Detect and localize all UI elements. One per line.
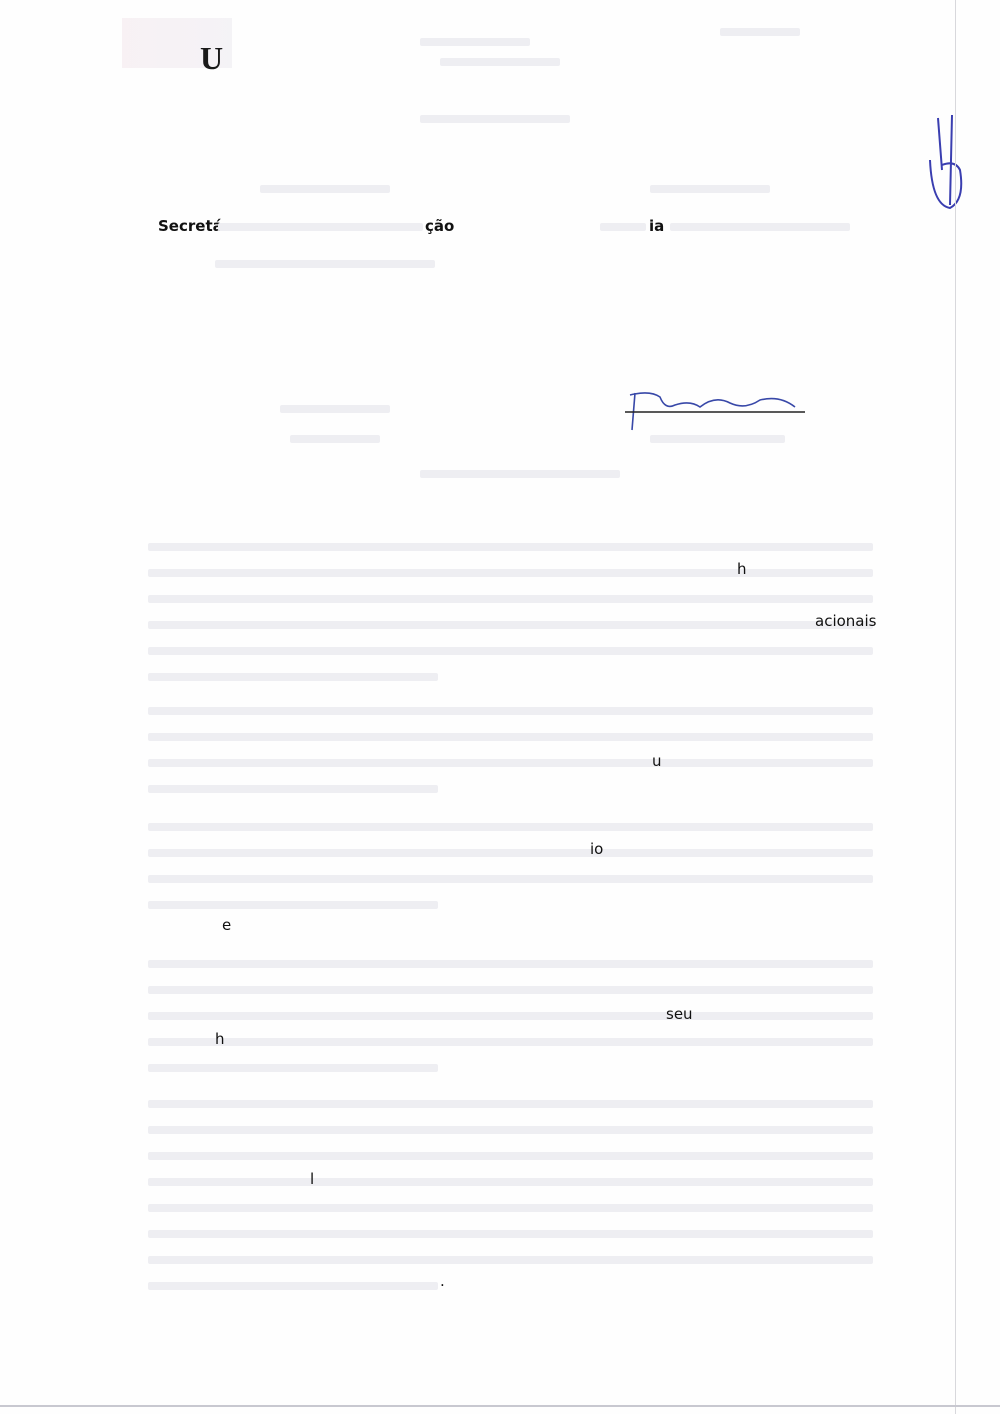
faded-text [600, 223, 646, 231]
fragment-l: l [310, 1170, 314, 1188]
page-edge [955, 0, 956, 1414]
signature-image [620, 385, 820, 445]
faded-text [280, 405, 390, 413]
fragment-u: u [652, 752, 662, 770]
faded-text [148, 1256, 873, 1264]
fragment-h2: h [215, 1030, 225, 1048]
fragment-io: io [590, 840, 603, 858]
fragment-e: e [222, 916, 231, 934]
initials-mark [920, 110, 970, 210]
faded-text [215, 260, 435, 268]
faded-text [420, 38, 530, 46]
fragment-acionais: acionais [815, 612, 876, 630]
faded-text [148, 1282, 438, 1290]
faded-text [148, 733, 873, 741]
faded-text [260, 185, 390, 193]
faded-text [148, 1204, 873, 1212]
fragment-ia: ia [649, 217, 664, 235]
faded-text [148, 673, 438, 681]
fragment-seu: seu [666, 1005, 693, 1023]
faded-text [148, 1012, 873, 1020]
document-page: U Secretá ção ia h acionais u io e seu h… [0, 0, 1000, 1414]
faded-text [148, 785, 438, 793]
faded-text [148, 569, 873, 577]
fragment-period: . [440, 1272, 445, 1290]
faded-text [720, 28, 800, 36]
faded-text [218, 223, 423, 231]
faded-text [670, 223, 850, 231]
faded-text [148, 543, 873, 551]
faded-text [650, 185, 770, 193]
faded-text [148, 901, 438, 909]
faded-text [420, 470, 620, 478]
faded-text [148, 1064, 438, 1072]
fragment-cao: ção [425, 217, 454, 235]
faded-text [148, 1178, 873, 1186]
faded-text [148, 960, 873, 968]
faded-text [148, 1152, 873, 1160]
faded-text [148, 986, 873, 994]
faded-text [148, 1126, 873, 1134]
faded-text [148, 595, 873, 603]
faded-text [148, 1230, 873, 1238]
faded-text [440, 58, 560, 66]
faded-text [148, 1038, 873, 1046]
faded-text [148, 707, 873, 715]
logo-letter: U [200, 40, 223, 77]
faded-text [420, 115, 570, 123]
page-edge [0, 1405, 1000, 1407]
faded-text [290, 435, 380, 443]
faded-text [148, 823, 873, 831]
faded-text [148, 647, 873, 655]
faded-text [148, 875, 873, 883]
faded-text [148, 849, 873, 857]
fragment-secretaria: Secretá [158, 217, 223, 235]
faded-text [148, 1100, 873, 1108]
faded-text [148, 621, 873, 629]
fragment-h: h [737, 560, 747, 578]
faded-text [148, 759, 873, 767]
